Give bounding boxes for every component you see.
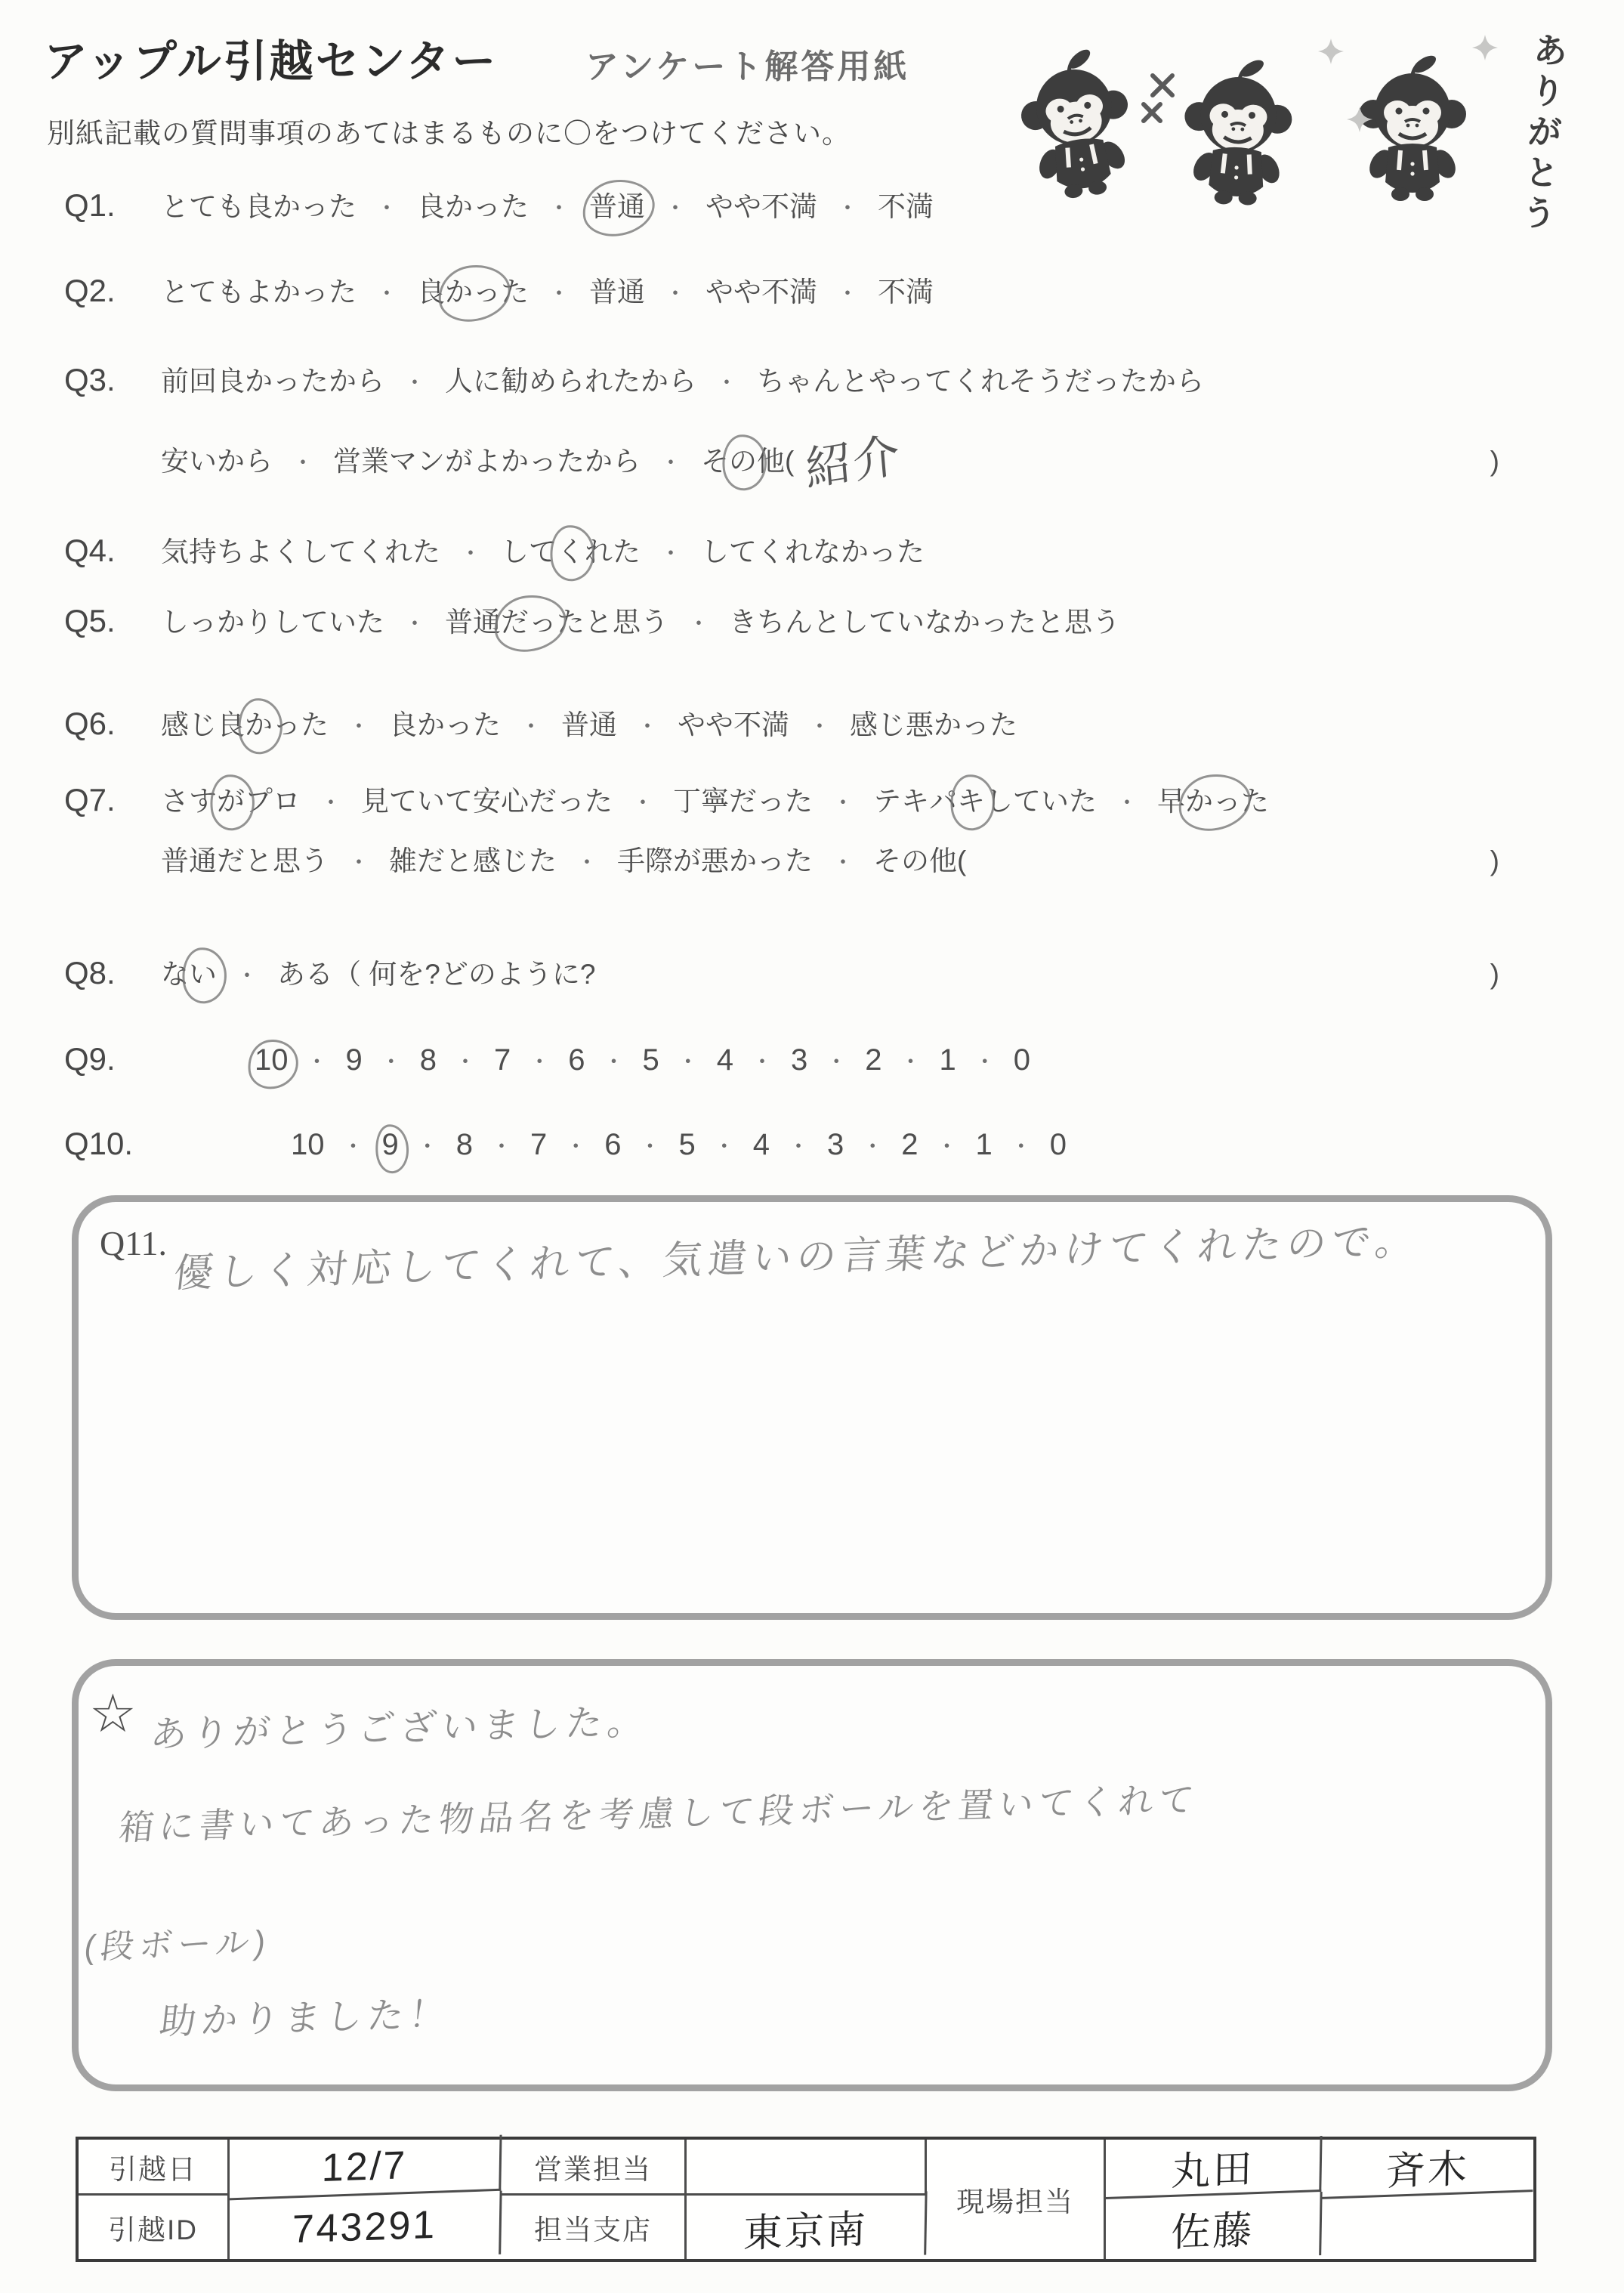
option-separator: ・	[974, 1043, 996, 1077]
option-text: 不満	[878, 191, 934, 222]
question-option: 7	[494, 1043, 511, 1077]
question-option: 前回良かったから	[161, 358, 384, 399]
site-crew-name: 丸田	[1105, 2136, 1322, 2199]
option-text: 見ていて安心だった	[361, 786, 613, 817]
question-option: やや不満	[705, 269, 817, 310]
option-text: 3	[791, 1043, 807, 1077]
option-text: 不満	[878, 277, 934, 307]
option-separator: ・	[1010, 1128, 1033, 1161]
question-option: とてもよかった	[161, 269, 357, 310]
closing-paren: )	[1490, 446, 1499, 477]
question-option: 2	[901, 1128, 918, 1162]
free-comment-box: ☆ ありがとうございました。 箱に書いてあった物品名を考慮して段ボールを置いてく…	[72, 1659, 1552, 2091]
option-separator: ・	[861, 1128, 884, 1161]
option-text: 6	[568, 1043, 585, 1077]
option-separator: ・	[836, 190, 859, 223]
option-separator: ・	[548, 275, 570, 308]
question-row-q7b: 普通だと思う・雑だと感じた・手際が悪かった・その他()	[64, 838, 1499, 879]
option-text: やや不満	[705, 191, 817, 222]
option-separator: ・	[603, 1043, 625, 1077]
monkey-icon	[1359, 52, 1466, 201]
circled-answer: が	[217, 778, 245, 819]
question-option: 7	[530, 1128, 547, 1162]
question-option: 6	[604, 1128, 621, 1162]
question-option: さすがプロ	[161, 778, 301, 819]
option-separator: ・	[292, 444, 314, 477]
option-text: 6	[604, 1128, 621, 1161]
option-text: していた	[985, 786, 1097, 817]
option-separator: ・	[713, 1128, 736, 1161]
option-text: とても良かった	[161, 191, 357, 222]
option-text: 2	[865, 1043, 881, 1077]
survey-sheet: アップル引越センター アンケート解答用紙 別紙記載の質問事項のあてはまるものに〇…	[0, 0, 1624, 2293]
option-separator: ・	[832, 844, 854, 877]
handwritten-line: 箱に書いてあった物品名を考慮して段ボールを置いてくれて	[116, 1763, 1542, 1850]
question-option: 良かった	[417, 269, 529, 310]
question-option: 感じ悪かった	[850, 702, 1017, 743]
option-text: 感じ悪かった	[850, 709, 1017, 740]
option-text: 1	[940, 1043, 956, 1077]
question-row-q3a: Q3.前回良かったから・人に勧められたから・ちゃんとやってくれそうだったから	[64, 358, 1204, 399]
option-separator: ・	[664, 190, 687, 223]
question-option: ない	[161, 951, 217, 992]
question-option: 5	[643, 1043, 659, 1077]
question-option: ある（ 何を?どのように?	[277, 951, 595, 992]
option-text: 10	[291, 1128, 325, 1161]
site-crew-name: 佐藤	[1105, 2192, 1322, 2263]
option-separator: ・	[342, 1128, 365, 1161]
option-text: たと思う	[557, 607, 668, 638]
circled-answer: 普通	[589, 184, 645, 224]
move-date-label: 引越日	[79, 2140, 230, 2196]
handwritten-answer: 紹介	[802, 417, 903, 499]
question-option: 4	[753, 1128, 770, 1162]
question-option: 普通	[589, 184, 645, 224]
option-separator: ・	[787, 1128, 810, 1161]
option-separator: ・	[687, 605, 710, 638]
question-option: 普通だと思う	[161, 838, 329, 879]
question-row-q1: Q1.とても良かった・良かった・普通・やや不満・不満	[64, 184, 934, 224]
option-text: 普通	[561, 709, 617, 740]
question-label: Q3.	[64, 362, 161, 398]
circled-answer: 9	[382, 1128, 399, 1162]
question-row-q6: Q6.感じ良かった・良かった・普通・やや不満・感じ悪かった	[64, 702, 1017, 743]
sparkle-icon	[1318, 39, 1344, 64]
option-separator: ・	[548, 190, 570, 223]
site-crew-name	[1321, 2192, 1533, 2263]
move-id-value: 743291	[229, 2191, 502, 2264]
option-separator: ・	[416, 1128, 439, 1161]
question-option: 不満	[878, 269, 934, 310]
question-option: 雑だと感じた	[389, 838, 557, 879]
question-row-q9: Q9.10・9・8・7・6・5・4・3・2・1・0	[64, 1041, 1030, 1077]
question-option: 良かった	[417, 184, 529, 224]
question-option: きちんとしていなかったと思う	[729, 599, 1120, 640]
option-text: 前回良かったから	[161, 366, 384, 397]
handwritten-line: (段ボール)	[82, 1915, 274, 1969]
option-separator: ・	[751, 1043, 773, 1077]
option-separator: ・	[403, 605, 426, 638]
question-option: 0	[1050, 1128, 1067, 1162]
option-text: 普通	[589, 277, 645, 307]
question-option: 気持ちよくしてくれた	[161, 529, 440, 570]
star-outline-icon: ☆	[89, 1683, 137, 1744]
question-option: 普通	[561, 702, 617, 743]
option-separator: ・	[306, 1043, 329, 1077]
option-text: 良かった	[417, 191, 529, 222]
question-label: Q9.	[64, 1041, 255, 1077]
option-separator: ・	[347, 708, 370, 741]
question-option: 4	[717, 1043, 733, 1077]
question-option: 8	[456, 1128, 473, 1162]
question-option: 2	[865, 1043, 881, 1077]
option-text: 5	[643, 1043, 659, 1077]
question-option: 1	[940, 1043, 956, 1077]
circled-answer: だっ	[501, 599, 557, 640]
thanks-vertical-text: ありがとう	[1509, 30, 1575, 260]
question-option: 良かった	[389, 702, 501, 743]
option-separator: ・	[380, 1043, 403, 1077]
question-option: 丁寧だった	[673, 778, 813, 819]
option-separator: ・	[403, 364, 426, 397]
question-option: やや不満	[705, 184, 817, 224]
question-option: 安いから	[161, 438, 273, 479]
question-option: 見ていて安心だった	[361, 778, 613, 819]
question-option: 1	[976, 1128, 993, 1162]
question-option: やや不満	[678, 702, 789, 743]
option-separator: ・	[636, 708, 659, 741]
branch-label: 担当支店	[502, 2196, 687, 2259]
circled-answer: 10	[255, 1043, 289, 1077]
question-option: 0	[1014, 1043, 1030, 1077]
option-text: 8	[456, 1128, 473, 1161]
q11-comment-box: Q11. 優しく対応してくれて、気遣いの言葉などかけてくれたので。	[72, 1195, 1552, 1620]
option-text: テキパ	[873, 786, 957, 817]
option-text: その他(	[873, 845, 966, 876]
option-separator: ・	[576, 844, 598, 877]
option-separator: ・	[832, 784, 854, 817]
question-option: してくれた	[501, 529, 641, 570]
question-option: とても良かった	[161, 184, 357, 224]
question-option: 早かった	[1157, 778, 1269, 819]
option-separator: ・	[664, 275, 687, 308]
circled-answer: の	[729, 438, 757, 479]
option-separator: ・	[825, 1043, 848, 1077]
question-row-q5: Q5.しっかりしていた・普通だったと思う・きちんとしていなかったと思う	[64, 599, 1120, 640]
question-option: しっかりしていた	[161, 599, 384, 640]
option-text: 8	[420, 1043, 437, 1077]
option-text: 雑だと感じた	[389, 845, 557, 876]
question-option: 不満	[878, 184, 934, 224]
question-row-q10: Q10.10・9・8・7・6・5・4・3・2・1・0	[64, 1126, 1067, 1162]
option-separator: ・	[490, 1128, 513, 1161]
question-option: その他(	[701, 438, 794, 479]
option-text: 感じ良	[161, 709, 245, 740]
option-separator: ・	[836, 275, 859, 308]
option-text: とてもよかった	[161, 277, 357, 307]
option-separator: ・	[677, 1043, 699, 1077]
question-option: 感じ良かった	[161, 702, 329, 743]
question-option: 普通だったと思う	[445, 599, 668, 640]
question-label: Q1.	[64, 187, 161, 224]
option-text: 安いから	[161, 446, 273, 477]
option-text: 2	[901, 1128, 918, 1161]
option-separator: ・	[347, 844, 370, 877]
sparkle-icon	[1472, 35, 1498, 60]
option-text: 3	[827, 1128, 844, 1161]
option-separator: ・	[236, 957, 258, 990]
site-crew-name: 斉木	[1321, 2136, 1533, 2199]
question-label: Q5.	[64, 603, 161, 639]
question-option: 3	[791, 1043, 807, 1077]
circled-answer: キ	[957, 778, 985, 819]
question-option: その他(	[873, 838, 966, 879]
handwritten-line: 助かりました！	[157, 1985, 454, 2044]
company-title: アップル引越センター	[44, 26, 498, 89]
option-text: 人に勧められたから	[445, 366, 696, 397]
option-text: 良かった	[389, 709, 501, 740]
option-separator: ・	[564, 1128, 587, 1161]
option-separator: ・	[1116, 784, 1138, 817]
option-text: 5	[679, 1128, 696, 1161]
question-label: Q4.	[64, 533, 161, 569]
question-option: 人に勧められたから	[445, 358, 696, 399]
question-option: 8	[420, 1043, 437, 1077]
site-crew-label: 現場担当	[927, 2140, 1106, 2259]
circled-answer: く	[557, 529, 585, 570]
monkey-icon	[1013, 42, 1140, 204]
option-separator: ・	[900, 1043, 922, 1077]
question-label: Q7.	[64, 782, 161, 818]
option-separator: ・	[528, 1043, 551, 1077]
move-date-value: 12/7	[229, 2135, 502, 2201]
question-option: 営業マンがよかったから	[333, 438, 641, 479]
option-separator: ・	[659, 535, 682, 568]
option-separator: ・	[459, 535, 482, 568]
option-separator: ・	[375, 275, 398, 308]
option-text: 4	[717, 1043, 733, 1077]
option-text: 普通	[445, 607, 501, 638]
q11-handwritten-answer: 優しく対応してくれて、気遣いの言葉などかけてくれたので。	[171, 1213, 1536, 1300]
question-option: 10	[291, 1128, 325, 1162]
option-text: 普通だと思う	[161, 845, 329, 876]
mascot-illustration	[1005, 6, 1511, 244]
closing-paren: )	[1490, 959, 1499, 990]
question-row-q7a: Q7.さすがプロ・見ていて安心だった・丁寧だった・テキパキしていた・早かった	[64, 778, 1269, 819]
q11-label: Q11.	[100, 1223, 167, 1263]
question-option: 9	[346, 1043, 363, 1077]
option-separator: ・	[454, 1043, 477, 1077]
move-id-label: 引越ID	[79, 2196, 230, 2259]
option-text: 7	[530, 1128, 547, 1161]
question-label: Q2.	[64, 273, 161, 309]
option-text: 0	[1050, 1128, 1067, 1161]
question-option: テキパキしていた	[873, 778, 1097, 819]
option-text: 9	[346, 1043, 363, 1077]
option-text: 7	[494, 1043, 511, 1077]
footer-info-table: 引越日 12/7 営業担当 現場担当 丸田 斉木 引越ID 743291 担当支…	[76, 2137, 1536, 2262]
option-separator: ・	[808, 708, 831, 741]
option-text: 1	[976, 1128, 993, 1161]
option-separator: ・	[659, 444, 682, 477]
circled-answer: か	[245, 702, 273, 743]
option-text: 4	[753, 1128, 770, 1161]
circled-answer: かっ	[445, 269, 501, 310]
question-option: してくれなかった	[701, 529, 925, 570]
option-separator: ・	[936, 1128, 959, 1161]
option-separator: ・	[715, 364, 738, 397]
option-text: 気持ちよくしてくれた	[161, 536, 440, 567]
question-option: ちゃんとやってくれそうだったから	[757, 358, 1204, 399]
question-option: 普通	[589, 269, 645, 310]
option-text: ちゃんとやってくれそうだったから	[757, 366, 1204, 397]
option-text: 0	[1014, 1043, 1030, 1077]
question-label: Q6.	[64, 706, 161, 742]
option-text: 手際が悪かった	[617, 845, 813, 876]
question-row-q8: Q8.ない・ある（ 何を?どのように?)	[64, 951, 1499, 992]
option-separator: ・	[520, 708, 542, 741]
circled-answer: かっ	[1185, 778, 1241, 819]
circled-answer: い	[189, 951, 217, 992]
sheet-subtitle: アンケート解答用紙	[585, 39, 909, 88]
option-separator: ・	[631, 784, 654, 817]
option-separator: ・	[375, 190, 398, 223]
question-row-q3b: 安いから・営業マンがよかったから・その他(紹介)	[64, 417, 1499, 484]
sales-rep-value	[687, 2140, 927, 2196]
sales-rep-label: 営業担当	[502, 2140, 687, 2196]
question-label: Q10.	[64, 1126, 291, 1162]
closing-paren: )	[1490, 845, 1499, 877]
option-text: しっかりしていた	[161, 607, 384, 638]
option-text: さす	[161, 786, 217, 817]
option-text: やや不満	[705, 277, 817, 307]
option-text: してくれなかった	[701, 536, 925, 567]
question-option: 10	[255, 1043, 289, 1077]
question-row-q4: Q4.気持ちよくしてくれた・してくれた・してくれなかった	[64, 529, 925, 570]
question-row-q2: Q2.とてもよかった・良かった・普通・やや不満・不満	[64, 269, 934, 310]
handwritten-line: ありがとうございました。	[148, 1692, 653, 1758]
question-option: 5	[679, 1128, 696, 1162]
option-text: して	[501, 536, 557, 567]
question-option: 手際が悪かった	[617, 838, 813, 879]
option-separator: ・	[639, 1128, 662, 1161]
option-text: 丁寧だった	[673, 786, 813, 817]
instruction-text: 別紙記載の質問事項のあてはまるものに〇をつけてください。	[47, 110, 851, 151]
monkey-icon	[1181, 54, 1294, 207]
option-text: 営業マンがよかったから	[333, 446, 641, 477]
question-option: 6	[568, 1043, 585, 1077]
question-option: 3	[827, 1128, 844, 1162]
option-text: やや不満	[678, 709, 789, 740]
branch-value: 東京南	[686, 2191, 927, 2263]
monkey-mascots-icon	[1005, 6, 1511, 240]
excitement-marks-icon	[1144, 76, 1172, 121]
option-separator: ・	[320, 784, 342, 817]
question-option: 9	[382, 1128, 399, 1162]
option-text: きちんとしていなかったと思う	[729, 607, 1120, 638]
question-label: Q8.	[64, 955, 161, 991]
option-text: ある（ 何を?どのように?	[277, 959, 595, 990]
